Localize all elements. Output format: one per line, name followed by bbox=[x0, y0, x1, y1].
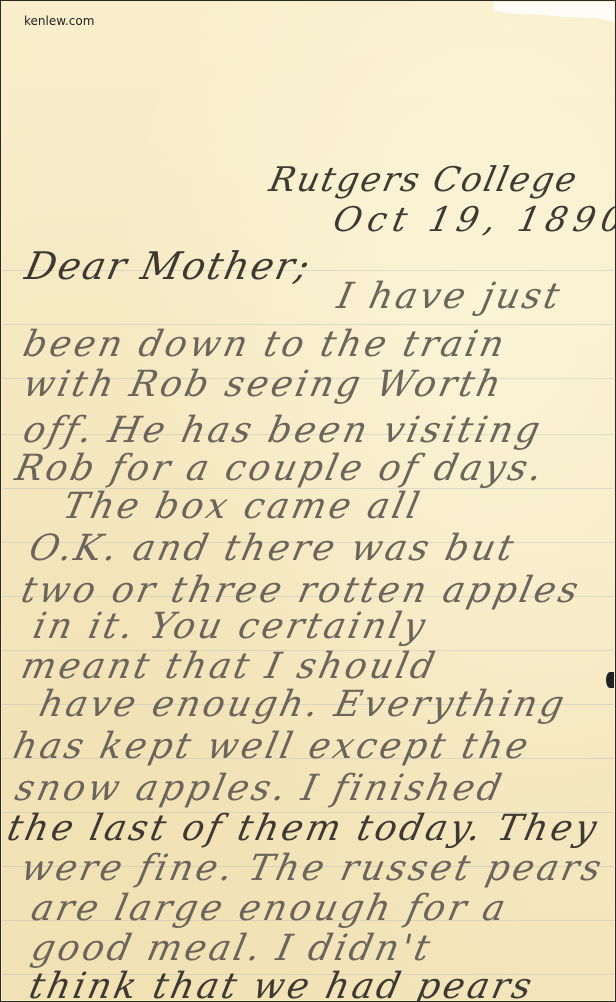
letter-line: two or three rotten apples bbox=[18, 570, 585, 611]
letter-line: I have just bbox=[334, 276, 566, 317]
letter-line: has kept well except the bbox=[10, 726, 535, 767]
paper-background: kenlew.com Rutgers College Oct 19, 1890.… bbox=[2, 2, 614, 1000]
letter-line: have enough. Everything bbox=[36, 684, 571, 725]
torn-paper-corner bbox=[494, 2, 614, 22]
letter-line: good meal. I didn't bbox=[28, 928, 437, 969]
letter-line: The box came all bbox=[60, 486, 426, 527]
letter-heading-date: Oct 19, 1890. bbox=[330, 200, 616, 240]
site-watermark: kenlew.com bbox=[24, 14, 94, 28]
letter-line: were fine. The russet pears bbox=[18, 848, 608, 889]
letter-line: Rob for a couple of days. bbox=[12, 448, 549, 489]
letter-line: off. He has been visiting bbox=[20, 410, 547, 451]
ink-blot-mark bbox=[606, 672, 614, 688]
letter-line: meant that I should bbox=[18, 646, 441, 687]
letter-heading-place: Rutgers College bbox=[266, 160, 582, 200]
letter-line: the last of them today. They bbox=[4, 808, 603, 849]
letter-line: snow apples. I finished bbox=[12, 768, 508, 809]
letter-line: with Rob seeing Worth bbox=[20, 364, 508, 405]
letter-line: in it. You certainly bbox=[30, 606, 432, 647]
letter-line: been down to the train bbox=[20, 324, 511, 365]
letter-line: think that we had pears bbox=[26, 966, 539, 1002]
letter-line: O.K. and there was but bbox=[26, 528, 520, 569]
letter-scan-frame: kenlew.com Rutgers College Oct 19, 1890.… bbox=[0, 0, 616, 1002]
letter-line: are large enough for a bbox=[28, 888, 512, 929]
letter-salutation: Dear Mother; bbox=[21, 244, 315, 288]
